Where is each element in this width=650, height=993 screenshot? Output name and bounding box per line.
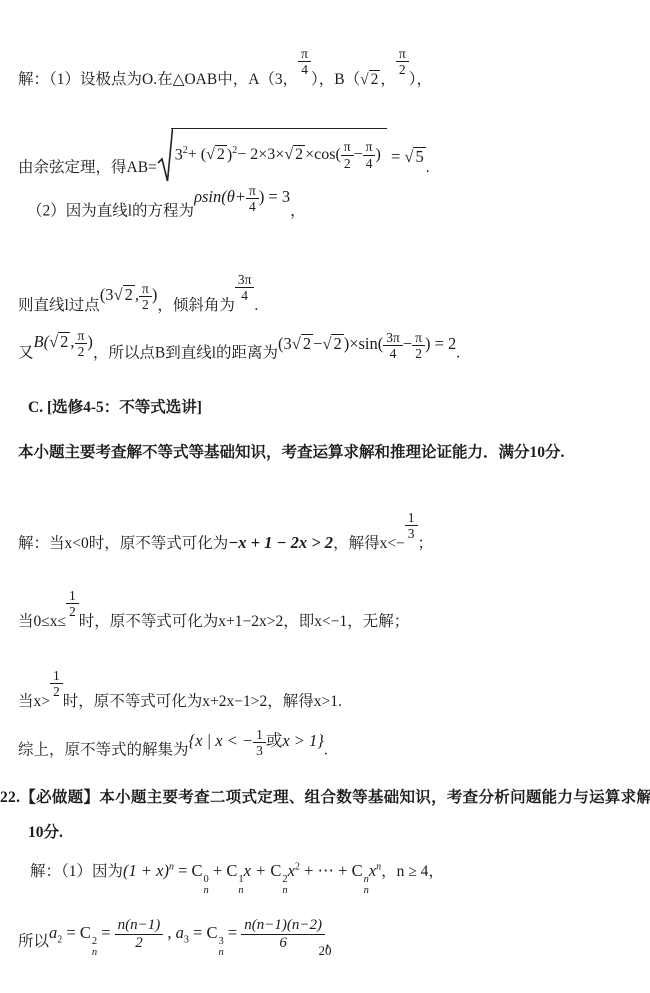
fraction-1-3: 13	[405, 510, 418, 541]
fraction-numerator: 1	[66, 588, 79, 604]
term: −	[313, 334, 322, 353]
text-run: （2）因为直线l的方程为	[27, 202, 194, 219]
formula-rho-sin: ρsin(θ+π4) = 3	[194, 187, 290, 206]
term: (1 + x)	[123, 861, 169, 880]
text-run: 综上，原不等式的解集为	[18, 741, 189, 758]
coeff-sub: n	[238, 885, 243, 896]
fraction-denominator: 2	[396, 62, 409, 77]
fraction-denominator: 4	[363, 156, 376, 171]
equals: =	[387, 147, 405, 166]
fraction-pi-2: π2	[396, 46, 409, 77]
text-run: ），	[409, 71, 432, 88]
fraction-denominator: 2	[66, 604, 79, 619]
coeff-base: C	[80, 923, 91, 942]
sol21-line-point-angle: 则直线l过点(32,π2)，倾斜角为3π4.	[18, 272, 258, 322]
radicand: 2	[331, 334, 343, 353]
period: .	[426, 159, 430, 176]
text-run: ，解得x<−	[333, 535, 405, 552]
comma: ,	[163, 923, 175, 942]
term: x	[288, 861, 295, 880]
fraction-denominator: 4	[298, 62, 311, 77]
variable: a	[176, 923, 184, 942]
equals: =	[97, 923, 115, 942]
heading-text: 【必做题】本小题主要考查二项式定理、组合数等基础知识，考查分析问题能力与运算求解…	[20, 789, 650, 806]
text-run: 时，原不等式可化为x+2x−1>2，解得x>1.	[63, 693, 342, 710]
comma: ，	[290, 202, 306, 219]
term: ) = 2	[425, 334, 456, 353]
fraction-denominator: 2	[412, 346, 425, 361]
equals: =	[189, 923, 207, 942]
fraction-numerator: 1	[50, 668, 63, 684]
result-run: = 5	[387, 147, 426, 166]
sqrt-2: 2	[206, 144, 227, 166]
fraction-denominator: 3	[405, 526, 418, 541]
term: 或	[266, 731, 283, 750]
binom-coeff-C1n: C1n	[226, 860, 243, 896]
fraction-denominator: 3	[253, 743, 266, 758]
formula-a2-a3: a2 = C2n = n(n−1)2 , a3 = C3n = n(n−1)(n…	[49, 923, 325, 942]
text-run: ，	[380, 71, 396, 88]
sol21-line-cosine-rule: 由余弦定理，得AB=32 + (2)2 − 2×3×2 ×cos(π2−π4) …	[18, 127, 430, 185]
radicand: 5	[413, 147, 425, 166]
fraction-numerator: n(n−1)	[115, 917, 164, 935]
term: )×sin(	[344, 334, 384, 353]
radicand: 2	[369, 70, 381, 88]
sol21-line-points: 解：（1）设极点为O.在△OAB中，A（3，π4），B（2，π2），	[18, 46, 432, 91]
sqrt-2: 2	[284, 144, 305, 166]
ineq-case1-line: 解：当x<0时，原不等式可化为−x + 1 − 2x > 2，解得x<−13；	[18, 510, 433, 555]
term: )	[375, 144, 380, 166]
term: + ⋯ +	[300, 861, 352, 880]
solution-set-formula: {x | x < −13或x > 1}	[189, 731, 324, 750]
binom-coeff-C2n: C2n	[270, 860, 287, 896]
term: +	[209, 861, 227, 880]
term: (3	[100, 285, 114, 304]
fraction-numerator: π	[298, 46, 311, 62]
ineq-conclusion-line: 综上，原不等式的解集为{x | x < −13或x > 1}.	[18, 735, 328, 766]
sol21-line-equation: （2）因为直线l的方程为ρsin(θ+π4) = 3，	[27, 196, 306, 227]
fraction-pi-2: π2	[341, 139, 354, 170]
fraction-numerator: 3π	[383, 330, 403, 346]
text-run: ，n ≥ 4，	[381, 863, 444, 880]
equals: =	[224, 923, 242, 942]
text-run: 又	[18, 344, 34, 361]
coeff-base: C	[206, 923, 217, 942]
coeff-base: C	[270, 861, 281, 880]
text-run: 则直线l过点	[18, 297, 100, 314]
fraction-denominator: 2	[139, 297, 152, 312]
q22-heading-line2: 10分.	[28, 823, 63, 844]
big-radical: 32 + (2)2 − 2×3×2 ×cos(π2−π4)	[157, 127, 387, 185]
equals: =	[174, 861, 192, 880]
formula-point: (32,π2)	[100, 285, 158, 304]
section-c-intro: 本小题主要考查解不等式等基础知识，考查运算求解和推理论证能力．满分10分.	[18, 443, 564, 464]
fraction-1-2: 12	[66, 588, 79, 619]
radical-row: 32 + (2)2 − 2×3×2 ×cos(π2−π4)	[157, 127, 387, 185]
fraction-numerator: π	[363, 139, 376, 155]
coeff-sub: n	[204, 885, 209, 896]
radicand: 2	[58, 332, 70, 351]
term: −	[403, 334, 412, 353]
ineq-case3-line: 当x>12时，原不等式可化为x+2x−1>2，解得x>1.	[18, 668, 342, 713]
coeff-sub: n	[364, 885, 369, 896]
text-run: 时，原不等式可化为x+1−2x>2，即x<−1，无解；	[79, 613, 409, 630]
radicand: 2	[293, 145, 305, 164]
heading-text: 10分.	[28, 824, 63, 841]
term: )	[87, 332, 93, 351]
fraction-numerator: π	[246, 183, 259, 199]
fraction-pi-4: π4	[363, 139, 376, 170]
fraction-numerator: π	[139, 281, 152, 297]
sqrt-2: 2	[322, 334, 343, 353]
term: ) = 3	[259, 187, 290, 206]
section-title: C. [选修4-5：不等式选讲]	[28, 399, 202, 416]
base: 3	[175, 146, 183, 163]
fraction-numerator: 3π	[235, 272, 255, 288]
term: + (	[188, 144, 206, 166]
term: − 2×3×	[237, 144, 284, 166]
text-run: ，倾斜角为	[157, 297, 235, 314]
semicolon: ；	[418, 535, 434, 552]
sqrt-2: 2	[292, 334, 313, 353]
radicand: 2	[123, 285, 135, 304]
text-run: 当x>	[18, 693, 50, 710]
fraction-denominator: 4	[246, 199, 259, 214]
fraction-3pi-4: 3π4	[235, 272, 255, 303]
radicand-expression: 32 + (2)2 − 2×3×2 ×cos(π2−π4)	[171, 128, 387, 181]
equals: =	[62, 923, 80, 942]
text-run: 解：（1）因为	[30, 863, 123, 880]
fraction-1-2: 12	[50, 668, 63, 699]
fraction-pi-4: π4	[298, 46, 311, 77]
fraction-numerator: 1	[253, 727, 266, 743]
fraction-pi-2: π2	[139, 281, 152, 312]
text-run: ，所以点B到直线l的距离为	[93, 344, 278, 361]
section-c-header: C. [选修4-5：不等式选讲]	[28, 398, 202, 419]
sqrt-2: 2	[114, 285, 135, 304]
term: ×cos(	[305, 144, 341, 166]
question-number: 22.	[0, 789, 20, 806]
term: ρsin(θ+	[194, 187, 246, 206]
period: .	[254, 297, 258, 314]
period: .	[324, 741, 328, 758]
fraction-numerator: π	[412, 330, 425, 346]
binom-coeff-C0n: C0n	[192, 860, 209, 896]
coeff-base: C	[352, 861, 363, 880]
sol21-line-distance: 又B(2,π2)，所以点B到直线l的距离为(32−2)×sin(3π4−π2) …	[18, 338, 460, 369]
formula-binomial: (1 + x)n = C0n + C1nx + C2nx2 + ⋯ + Cnnx…	[123, 861, 381, 880]
sqrt-2: 2	[360, 71, 380, 88]
q22-heading-line1: 22.【必做题】本小题主要考查二项式定理、组合数等基础知识，考查分析问题能力与运…	[0, 788, 650, 809]
term: x > 1}	[282, 731, 324, 750]
text-run: 解：（1）设极点为O.在△OAB中，A（3，	[18, 71, 298, 88]
fraction-3pi-4: 3π4	[383, 330, 403, 361]
period: .	[456, 344, 460, 361]
radicand: 2	[301, 334, 313, 353]
sqrt-5: 5	[404, 147, 425, 166]
sqrt-2: 2	[49, 332, 70, 351]
text-run: 由余弦定理，得AB=	[18, 159, 157, 176]
fraction-1-3: 13	[253, 727, 266, 758]
term: )2	[227, 144, 237, 166]
formula-distance: (32−2)×sin(3π4−π2) = 2	[278, 334, 456, 353]
fraction-pi-2: π2	[412, 330, 425, 361]
fraction-denominator: 2	[75, 344, 88, 359]
coeff-sub: n	[282, 885, 287, 896]
term: x +	[244, 861, 271, 880]
sol22-binomial-line: 解：（1）因为(1 + x)n = C0n + C1nx + C2nx2 + ⋯…	[30, 860, 444, 896]
fraction-pi-2: π2	[75, 328, 88, 359]
fraction-numerator: π	[75, 328, 88, 344]
term: B(	[34, 332, 50, 351]
term: (3	[278, 334, 292, 353]
coeff-base: C	[192, 861, 203, 880]
coeff-base: C	[226, 861, 237, 880]
fraction-numerator: n(n−1)(n−2)	[241, 917, 325, 935]
fraction-numerator: 1	[405, 510, 418, 526]
fraction-denominator: 4	[383, 346, 403, 361]
formula-point-B: B(2,π2)	[34, 332, 93, 351]
page-number: 20	[0, 943, 650, 959]
intro-text: 本小题主要考查解不等式等基础知识，考查运算求解和推理论证能力．满分10分.	[18, 444, 564, 461]
binom-coeff-Cnn: Cnn	[352, 860, 369, 896]
ineq-case2-line: 当0≤x≤12时，原不等式可化为x+1−2x>2，即x<−1，无解；	[18, 588, 409, 633]
document-page: 解：（1）设极点为O.在△OAB中，A（3，π4），B（2，π2）， 由余弦定理…	[0, 0, 650, 993]
fraction-numerator: π	[341, 139, 354, 155]
term: −	[354, 144, 363, 166]
term: 32	[175, 144, 188, 166]
radicand: 2	[215, 145, 227, 164]
fraction-denominator: 4	[235, 288, 255, 303]
text-run: 当0≤x≤	[18, 613, 66, 630]
formula-inequality: −x + 1 − 2x > 2	[228, 533, 333, 552]
term: )	[152, 285, 158, 304]
fraction-numerator: π	[396, 46, 409, 62]
fraction-pi-4: π4	[246, 183, 259, 214]
fraction-denominator: 2	[50, 684, 63, 699]
fraction-denominator: 2	[341, 156, 354, 171]
text-run: ），B（	[311, 71, 360, 88]
term: {x | x < −	[189, 731, 254, 750]
text-run: 解：当x<0时，原不等式可化为	[18, 535, 228, 552]
